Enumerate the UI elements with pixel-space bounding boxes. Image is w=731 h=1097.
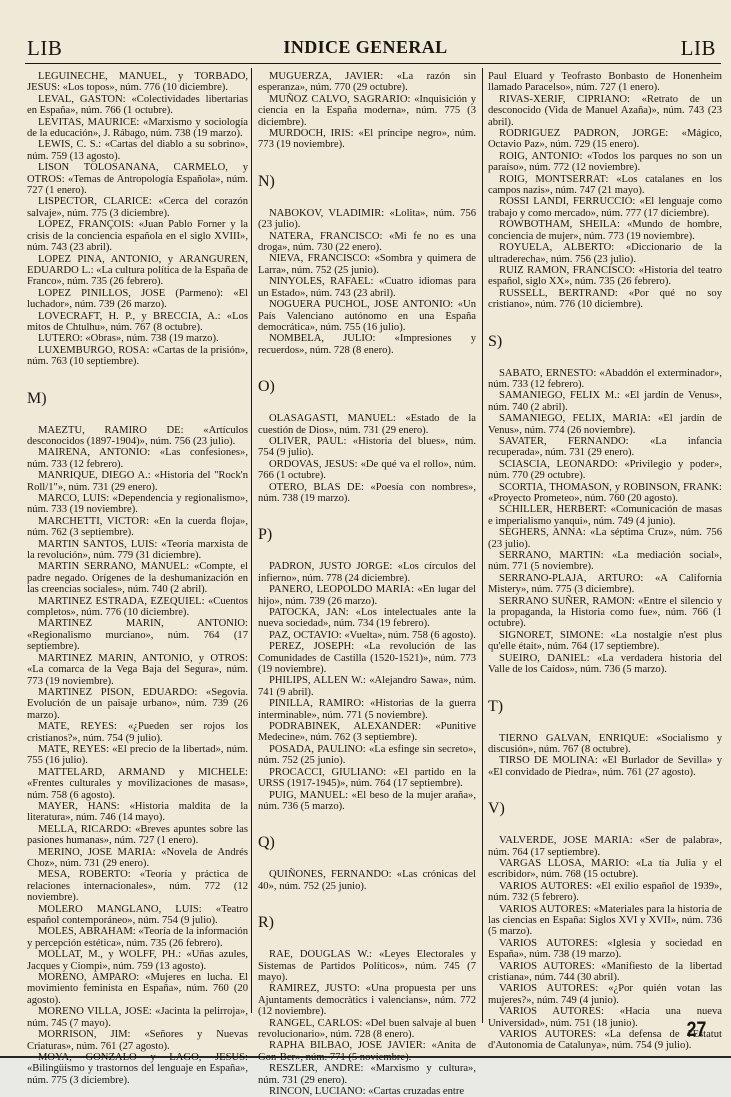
index-entry: MANRIQUE, DIEGO A.: «Historia del "Rock'… — [27, 470, 248, 493]
index-entry: VARGAS LLOSA, MARIO: «La tía Julia y el … — [488, 858, 722, 881]
index-entry: NOMBELA, JULIO: «Impresiones y recuerdos… — [258, 333, 476, 356]
index-entry: PATOCKA, JAN: «Los intelectuales ante la… — [258, 607, 476, 630]
index-entry: LEVITAS, MAURICE: «Marxismo y sociología… — [27, 117, 248, 140]
index-entry: LUXEMBURGO, ROSA: «Cartas de la prisión»… — [27, 345, 248, 368]
index-entry: TIERNO GALVAN, ENRIQUE: «Socialismo y di… — [488, 733, 722, 756]
index-entry: LEGUINECHE, MANUEL, y TORBADO, JESUS: «L… — [27, 71, 248, 94]
index-entry: MATE, REYES: «El precio de la libertad»,… — [27, 744, 248, 767]
index-entry: VALVERDE, JOSE MARIA: «Ser de palabra», … — [488, 835, 722, 858]
index-entry: SERRANO SUÑER, RAMON: «Entre el silencio… — [488, 596, 722, 630]
index-page: LIB INDICE GENERAL LIB LEGUINECHE, MANUE… — [0, 0, 731, 1058]
index-entry: SEGHERS, ANNA: «La séptima Cruz», núm. 7… — [488, 527, 722, 550]
index-entry: OTERO, BLAS DE: «Poesía con nombres», nú… — [258, 482, 476, 505]
index-entry: RAPHA BILBAO, JOSE JAVIER: «Anita de Gon… — [258, 1040, 476, 1063]
index-entry: MORRISON, JIM: «Señores y Nuevas Criatur… — [27, 1029, 248, 1052]
index-entry: RAE, DOUGLAS W.: «Leyes Electorales y Si… — [258, 949, 476, 983]
index-entry: SCORTIA, THOMASON, y ROBINSON, FRANK: «P… — [488, 482, 722, 505]
index-entry: PUIG, MANUEL: «El beso de la mujer araña… — [258, 790, 476, 813]
index-entry: MAIRENA, ANTONIO: «Las confesiones», núm… — [27, 447, 248, 470]
page-header: LIB INDICE GENERAL LIB — [0, 0, 731, 64]
index-entry: PHILIPS, ALLEN W.: «Alejandro Sawa», núm… — [258, 675, 476, 698]
page-title: INDICE GENERAL — [0, 37, 731, 58]
index-entry: MARTINEZ MARIN, ANTONIO, y OTROS: «La co… — [27, 653, 248, 687]
index-entry: ROSSI LANDI, FERRUCCIO: «El lenguaje com… — [488, 196, 722, 219]
index-entry: LOPEZ PINA, ANTONIO, y ARANGUREN, EDUARD… — [27, 254, 248, 288]
index-entry: MARCHETTI, VICTOR: «En la cuerda floja»,… — [27, 516, 248, 539]
index-entry: OLIVER, PAUL: «Historia del blues», núm.… — [258, 436, 476, 459]
index-entry: PANERO, LEOPOLDO MARIA: «En lugar del hi… — [258, 584, 476, 607]
index-entry-continuation: Paul Eluard y Teofrasto Bonbasto de Hone… — [488, 71, 722, 94]
index-column-3: Paul Eluard y Teofrasto Bonbasto de Hone… — [488, 71, 722, 1052]
index-entry: MATTELARD, ARMAND y MICHELE: «Frentes cu… — [27, 767, 248, 801]
index-entry: ORDOVAS, JESUS: «De qué va el rollo», nú… — [258, 459, 476, 482]
index-entry: MARTINEZ PISON, EDUARDO: «Segovia. Evolu… — [27, 687, 248, 721]
index-entry: RUSSELL, BERTRAND: «Por qué no soy crist… — [488, 288, 722, 311]
index-entry: LOPEZ, FRANÇOIS: «Juan Pablo Forner y la… — [27, 219, 248, 253]
header-rule — [25, 63, 721, 64]
index-entry: MARCO, LUIS: «Dependencia y regionalismo… — [27, 493, 248, 516]
index-entry: MAEZTU, RAMIRO DE: «Artículos desconocid… — [27, 425, 248, 448]
index-entry: QUIÑONES, FERNANDO: «Las crónicas del 40… — [258, 869, 476, 892]
index-entry: SUEIRO, DANIEL: «La verdadera historia d… — [488, 653, 722, 676]
index-entry: ROWBOTHAM, SHEILA: «Mundo de hombre, con… — [488, 219, 722, 242]
index-entry: MORENO VILLA, JOSE: «Jacinta la pelirroj… — [27, 1006, 248, 1029]
index-entry: OLASAGASTI, MANUEL: «Estado de la cuesti… — [258, 413, 476, 436]
section-letter-heading: Q) — [258, 834, 476, 852]
section-letter-heading: T) — [488, 698, 722, 716]
index-entry: MELLA, RICARDO: «Breves apuntes sobre la… — [27, 824, 248, 847]
index-column-1: LEGUINECHE, MANUEL, y TORBADO, JESUS: «L… — [27, 71, 248, 1071]
column-divider — [251, 68, 252, 1013]
index-entry: MURDOCH, IRIS: «El príncipe negro», núm.… — [258, 128, 476, 151]
index-entry: MARTINEZ MARIN, ANTONIO: «Regionalismo m… — [27, 618, 248, 652]
section-letter-heading: V) — [488, 800, 722, 818]
index-entry: LUTERO: «Obras», núm. 738 (19 marzo). — [27, 333, 248, 344]
index-entry: PROCACCI, GIULIANO: «El partido en la UR… — [258, 767, 476, 790]
index-entry: POSADA, PAULINO: «La esfinge sin secreto… — [258, 744, 476, 767]
index-entry: SIGNORET, SIMONE: «La nostalgie n'est pl… — [488, 630, 722, 653]
index-entry: MOYA, GONZALO y LAGO, JESUS: «Bilingüism… — [27, 1052, 248, 1071]
index-entry: MERINO, JOSE MARIA: «Novela de Andrés Ch… — [27, 847, 248, 870]
right-guide-word: LIB — [681, 36, 716, 61]
page-number: 27 — [686, 1018, 706, 1042]
index-entry: LOVECRAFT, H. P., y BRECCIA, A.: «Los mi… — [27, 311, 248, 334]
index-entry: RAMIREZ, JUSTO: «Una propuesta per uns A… — [258, 983, 476, 1017]
index-entry: VARIOS AUTORES: «Iglesia y sociedad en E… — [488, 938, 722, 961]
index-entry: MORENO, AMPARO: «Mujeres en lucha. El mo… — [27, 972, 248, 1006]
index-entry: SERRANO-PLAJA, ARTURO: «A California Mis… — [488, 573, 722, 596]
index-entry: MATE, REYES: «¿Pueden ser rojos los cris… — [27, 721, 248, 744]
index-entry: RUIZ RAMON, FRANCISCO: «Historia del tea… — [488, 265, 722, 288]
index-entry: PAZ, OCTAVIO: «Vuelta», núm. 758 (6 agos… — [258, 630, 476, 641]
index-entry: PEREZ, JOSEPH: «La revolución de las Com… — [258, 641, 476, 675]
index-entry: MOLES, ABRAHAM: «Teoría de la informació… — [27, 926, 248, 949]
index-entry: VARIOS AUTORES: «¿Por quién votan las mu… — [488, 983, 722, 1006]
index-entry: MOLERO MANGLANO, LUIS: «Teatro español c… — [27, 904, 248, 927]
index-entry: LISPECTOR, CLARICE: «Cerca del corazón s… — [27, 196, 248, 219]
index-entry: PINILLA, RAMIRO: «Historias de la guerra… — [258, 698, 476, 721]
section-letter-heading: R) — [258, 914, 476, 932]
section-letter-heading: O) — [258, 378, 476, 396]
index-entry: RODRIGUEZ PADRON, JORGE: «Mágico, Octavi… — [488, 128, 722, 151]
index-entry: SCHILLER, HERBERT: «Comunicación de masa… — [488, 504, 722, 527]
index-entry: MAYER, HANS: «Historia maldita de la lit… — [27, 801, 248, 824]
index-column-2: MUGUERZA, JAVIER: «La razón sin esperanz… — [258, 71, 476, 1071]
index-entry: LOPEZ PINILLOS, JOSE (Parmeno): «El luch… — [27, 288, 248, 311]
index-entry: SABATO, ERNESTO: «Abaddón el exterminado… — [488, 368, 722, 391]
index-entry: MESA, ROBERTO: «Teoría y práctica de rel… — [27, 869, 248, 903]
index-entry: NOGUERA PUCHOL, JOSE ANTONIO: «Un País V… — [258, 299, 476, 333]
index-entry: SCIASCIA, LEONARDO: «Privilegio y poder»… — [488, 459, 722, 482]
index-entry: ROIG, ANTONIO: «Todos los parques no son… — [488, 151, 722, 174]
index-entry: LEWIS, C. S.: «Cartas del diablo a su so… — [27, 139, 248, 162]
index-entry: NATERA, FRANCISCO: «Mi fe no es una drog… — [258, 231, 476, 254]
index-entry: LISON TOLOSANANA, CARMELO, y OTROS: «Tem… — [27, 162, 248, 196]
section-letter-heading: P) — [258, 526, 476, 544]
index-entry: NINYOLES, RAFAEL: «Cuatro idiomas para u… — [258, 276, 476, 299]
index-entry: SERRANO, MARTIN: «La mediación social», … — [488, 550, 722, 573]
index-entry: PODRABINEK, ALEXANDER: «Punitive Medecin… — [258, 721, 476, 744]
column-divider — [482, 68, 483, 1023]
index-entry: VARIOS AUTORES: «Manifiesto de la libert… — [488, 961, 722, 984]
index-entry: MUÑOZ CALVO, SAGRARIO: «Inquisición y ci… — [258, 94, 476, 128]
section-letter-heading: S) — [488, 333, 722, 351]
index-entry: ROYUELA, ALBERTO: «Diccionario de la ult… — [488, 242, 722, 265]
index-entry: MOLLAT, M., y WOLFF, PH.: «Uñas azules, … — [27, 949, 248, 972]
index-entry: NABOKOV, VLADIMIR: «Lolita», núm. 756 (2… — [258, 208, 476, 231]
index-entry: TIRSO DE MOLINA: «El Burlador de Sevilla… — [488, 755, 722, 778]
index-entry: RIVAS-XERIF, CIPRIANO: «Retrato de un de… — [488, 94, 722, 128]
index-entry: NIEVA, FRANCISCO: «Sombra y quimera de L… — [258, 253, 476, 276]
index-entry: SAMANIEGO, FELIX M.: «El jardín de Venus… — [488, 390, 722, 413]
index-entry: RESZLER, ANDRE: «Marxismo y cultura», nú… — [258, 1063, 476, 1071]
index-entry: SAMANIEGO, FELIX, MARIA: «El jardín de V… — [488, 413, 722, 436]
index-entry: MARTIN SERRANO, MANUEL: «Compte, el padr… — [27, 561, 248, 595]
index-entry: MARTIN SANTOS, LUIS: «Teoría marxista de… — [27, 539, 248, 562]
index-entry: MUGUERZA, JAVIER: «La razón sin esperanz… — [258, 71, 476, 94]
section-letter-heading: M) — [27, 390, 248, 408]
index-entry: VARIOS AUTORES: «Materiales para la hist… — [488, 904, 722, 938]
index-entry: RANGEL, CARLOS: «Del buen salvaje al bue… — [258, 1018, 476, 1041]
index-entry: VARIOS AUTORES: «El exilio español de 19… — [488, 881, 722, 904]
index-entry: ROIG, MONTSERRAT: «Los catalanes en los … — [488, 174, 722, 197]
index-entry: PADRON, JUSTO JORGE: «Los círculos del i… — [258, 561, 476, 584]
index-entry: MARTINEZ ESTRADA, EZEQUIEL: «Cuentos com… — [27, 596, 248, 619]
index-entry: LEVAL, GASTON: «Colectividades libertari… — [27, 94, 248, 117]
section-letter-heading: N) — [258, 173, 476, 191]
index-entry: SAVATER, FERNANDO: «La infancia recupera… — [488, 436, 722, 459]
